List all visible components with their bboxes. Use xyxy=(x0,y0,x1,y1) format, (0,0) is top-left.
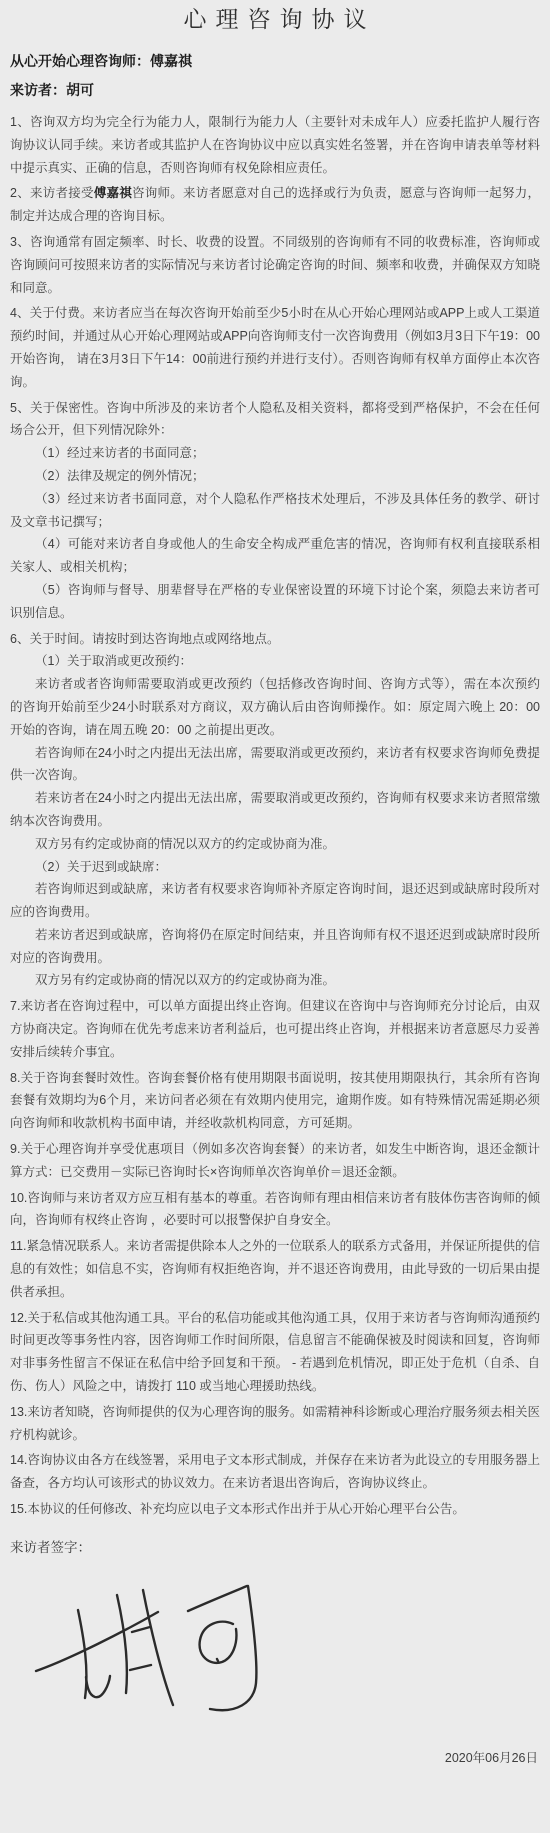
clause-15: 15.本协议的任何修改、补充均应以电子文本形式作出并于从心开始心理平台公告。 xyxy=(10,1498,540,1521)
clause-8: 8.关于咨询套餐时效性。咨询套餐价格有使用期限书面说明，按其使用期限执行，其余所… xyxy=(10,1067,540,1135)
clauses-body: 1、咨询双方均为完全行为能力人，限制行为能力人（主要针对未成年人）应委托监护人履… xyxy=(10,111,540,1521)
page-title: 心理咨询协议 xyxy=(10,4,540,34)
clause-9: 9.关于心理咨询并享受优惠项目（例如多次咨询套餐）的来访者，如发生中断咨询，退还… xyxy=(10,1138,540,1184)
clause-6-item-5: 双方另有约定或协商的情况以双方的约定或协商为准。 xyxy=(10,833,540,856)
clause-6: 6、关于时间。请按时到达咨询地点或网络地点。 xyxy=(10,628,540,651)
signature-strokes xyxy=(10,1571,540,1723)
clause-6-item-3: 若咨询师在24小时之内提出无法出席，需要取消或更改预约，来访者有权要求咨询师免费… xyxy=(10,742,540,788)
signature-date: 2020年06月26日 xyxy=(10,1749,540,1767)
clause-2-counselor-name: 傅嘉祺 xyxy=(94,186,132,200)
clause-6-item-6: （2）关于迟到或缺席： xyxy=(10,856,540,879)
clause-6-item-7: 若咨询师迟到或缺席，来访者有权要求咨询师补齐原定咨询时间，退还迟到或缺席时段所对… xyxy=(10,878,540,924)
clause-11: 11.紧急情况联系人。来访者需提供除本人之外的一位联系人的联系方式备用，并保证所… xyxy=(10,1235,540,1303)
bottom-spacer xyxy=(10,1767,540,1833)
clause-6-item-8: 若来访者迟到或缺席，咨询将仍在原定时间结束，并且咨询师有权不退还迟到或缺席时段所… xyxy=(10,924,540,970)
clause-6-item-2: 来访者或者咨询师需要取消或更改预约（包括修改咨询时间、咨询方式等），需在本次预约… xyxy=(10,673,540,741)
visitor-signature-label: 来访者签字： xyxy=(10,1537,540,1559)
counselor-line: 从心开始心理咨询师：傅嘉祺 xyxy=(10,51,540,71)
clause-2-prefix: 2、来访者接受 xyxy=(10,186,94,200)
clause-6-item-1: （1）关于取消或更改预约： xyxy=(10,650,540,673)
clause-13: 13.来访者知晓，咨询师提供的仅为心理咨询的服务。如需精神科诊断或心理治疗服务须… xyxy=(10,1401,540,1447)
clause-5-item-4: （4）可能对来访者自身或他人的生命安全构成严重危害的情况，咨询师有权利直接联系相… xyxy=(10,533,540,579)
clause-2: 2、来访者接受傅嘉祺咨询师。来访者愿意对自己的选择或行为负责，愿意与咨询师一起努… xyxy=(10,182,540,228)
clause-6-item-4: 若来访者在24小时之内提出无法出席，需要取消或更改预约，咨询师有权要求来访者照常… xyxy=(10,787,540,833)
clause-5-item-2: （2）法律及规定的例外情况； xyxy=(10,465,540,488)
agreement-document: 心理咨询协议 从心开始心理咨询师：傅嘉祺 来访者：胡可 1、咨询双方均为完全行为… xyxy=(0,0,550,1833)
clause-14: 14.咨询协议由各方在线签署，采用电子文本形式制成，并保存在来访者为此设立的专用… xyxy=(10,1449,540,1495)
clause-5-item-1: （1）经过来访者的书面同意； xyxy=(10,442,540,465)
clause-3: 3、咨询通常有固定频率、时长、收费的设置。不同级别的咨询师有不同的收费标准，咨询… xyxy=(10,231,540,299)
clause-1: 1、咨询双方均为完全行为能力人，限制行为能力人（主要针对未成年人）应委托监护人履… xyxy=(10,111,540,179)
clause-5: 5、关于保密性。咨询中所涉及的来访者个人隐私及相关资料，都将受到严格保护，不会在… xyxy=(10,397,540,443)
clause-5-item-5: （5）咨询师与督导、朋辈督导在严格的专业保密设置的环境下讨论个案，须隐去来访者可… xyxy=(10,579,540,625)
clause-5-item-3: （3）经过来访者书面同意，对个人隐私作严格技术处理后，不涉及具体任务的教学、研讨… xyxy=(10,488,540,534)
clause-4: 4、关于付费。来访者应当在每次咨询开始前至少5小时在从心开始心理网站或APP上或… xyxy=(10,302,540,393)
clause-7: 7.来访者在咨询过程中，可以单方面提出终止咨询。但建议在咨询中与咨询师充分讨论后… xyxy=(10,995,540,1063)
visitor-signature-handwriting xyxy=(10,1571,540,1723)
clause-10: 10.咨询师与来访者双方应互相有基本的尊重。若咨询师有理由相信来访者有肢体伤害咨… xyxy=(10,1187,540,1233)
clause-6-item-9: 双方另有约定或协商的情况以双方的约定或协商为准。 xyxy=(10,969,540,992)
clause-12: 12.关于私信或其他沟通工具。平台的私信功能或其他沟通工具，仅用于来访者与咨询师… xyxy=(10,1307,540,1398)
visitor-line: 来访者：胡可 xyxy=(10,80,540,100)
